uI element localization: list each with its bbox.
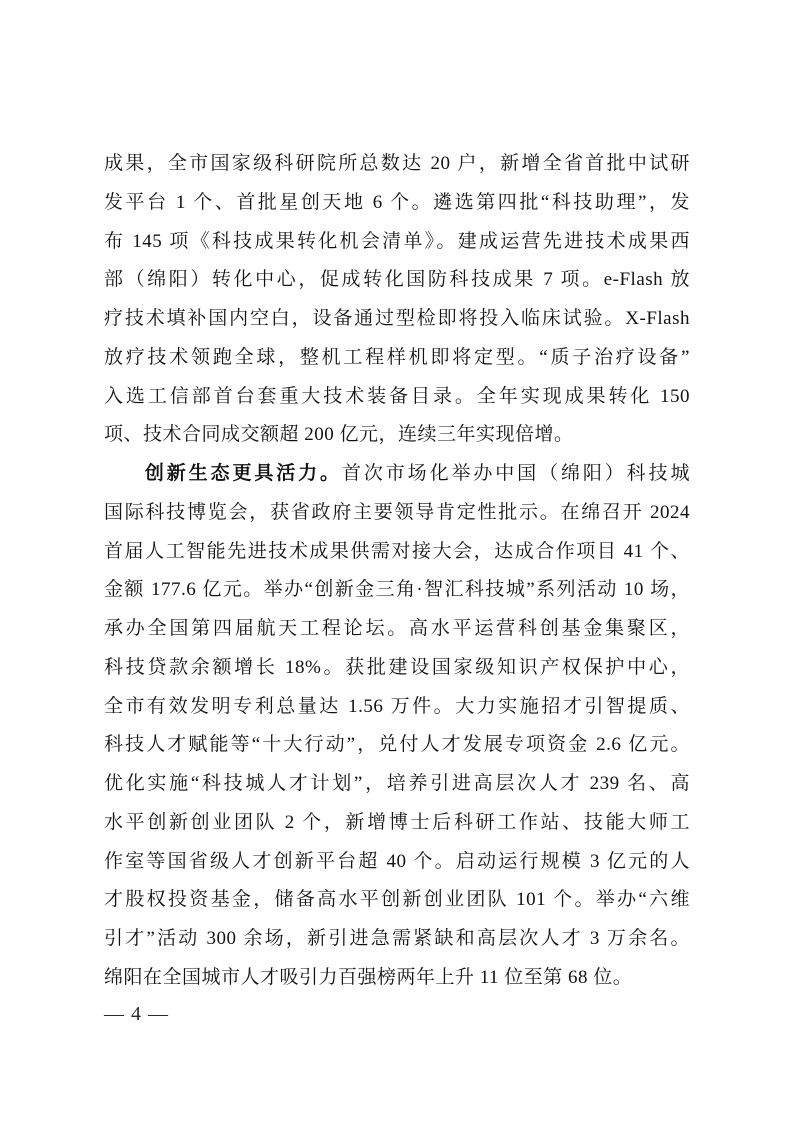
text-line: 疗技术填补国内空白，设备通过型检即将投入临床试验。X-Flash	[104, 300, 690, 339]
text-line: 承办全国第四届航天工程论坛。高水平运营科创基金集聚区，	[104, 610, 690, 649]
text-run: 水平创新创业团队 2 个，新增博士后科研工作站、技能大师工	[104, 812, 690, 833]
text-run: 科技贷款余额增长 18%。获批建设国家级知识产权保护中心，	[104, 657, 690, 678]
text-block: 成果，全市国家级科研院所总数达 20 户，新增全省首批中试研发平台 1 个、首批…	[104, 145, 690, 998]
text-line: 放疗技术领跑全球，整机工程样机即将定型。“质子治疗设备”	[104, 339, 690, 378]
text-line: 金额 177.6 亿元。举办“创新金三角·智汇科技城”系列活动 10 场，	[104, 571, 690, 610]
text-run: 全市有效发明专利总量达 1.56 万件。大力实施招才引智提质、	[104, 696, 690, 717]
text-line: 国际科技博览会，获省政府主要领导肯定性批示。在绵召开 2024	[104, 494, 690, 533]
paragraph-2: 创新生态更具活力。首次市场化举办中国（绵阳）科技城国际科技博览会，获省政府主要领…	[104, 455, 690, 998]
text-line: 发平台 1 个、首批星创天地 6 个。遴选第四批“科技助理”，发	[104, 184, 690, 223]
text-run: 引才”活动 300 余场，新引进急需紧缺和高层次人才 3 万余名。	[104, 928, 690, 949]
text-run: 疗技术填补国内空白，设备通过型检即将投入临床试验。X-Flash	[104, 308, 690, 329]
text-line: 科技贷款余额增长 18%。获批建设国家级知识产权保护中心，	[104, 649, 690, 688]
text-run: 承办全国第四届航天工程论坛。高水平运营科创基金集聚区，	[104, 618, 690, 639]
text-run: 放疗技术领跑全球，整机工程样机即将定型。“质子治疗设备”	[104, 347, 690, 368]
text-line: 绵阳在全国城市人才吸引力百强榜两年上升 11 位至第 68 位。	[104, 959, 690, 998]
text-line: 科技人才赋能等“十大行动”，兑付人才发展专项资金 2.6 亿元。	[104, 726, 690, 765]
text-run: 成果，全市国家级科研院所总数达 20 户，新增全省首批中试研	[104, 153, 690, 174]
text-run: 发平台 1 个、首批星创天地 6 个。遴选第四批“科技助理”，发	[104, 192, 690, 213]
text-run: 布 145 项《科技成果转化机会清单》。建成运营先进技术成果西	[104, 231, 690, 252]
text-run: 国际科技博览会，获省政府主要领导肯定性批示。在绵召开 2024	[104, 502, 690, 523]
text-run: 科技人才赋能等“十大行动”，兑付人才发展专项资金 2.6 亿元。	[104, 734, 690, 755]
paragraph-1: 成果，全市国家级科研院所总数达 20 户，新增全省首批中试研发平台 1 个、首批…	[104, 145, 690, 455]
text-line: 创新生态更具活力。首次市场化举办中国（绵阳）科技城	[104, 455, 690, 494]
text-run: 金额 177.6 亿元。举办“创新金三角·智汇科技城”系列活动 10 场，	[104, 579, 690, 600]
text-line: 入选工信部首台套重大技术装备目录。全年实现成果转化 150	[104, 378, 690, 417]
text-run: 入选工信部首台套重大技术装备目录。全年实现成果转化 150	[104, 386, 690, 407]
text-line: 项、技术合同成交额超 200 亿元，连续三年实现倍增。	[104, 416, 690, 455]
text-line: 引才”活动 300 余场，新引进急需紧缺和高层次人才 3 万余名。	[104, 920, 690, 959]
document-page: 成果，全市国家级科研院所总数达 20 户，新增全省首批中试研发平台 1 个、首批…	[0, 0, 793, 1122]
text-line: 成果，全市国家级科研院所总数达 20 户，新增全省首批中试研	[104, 145, 690, 184]
bold-run: 创新生态更具活力。	[145, 463, 342, 484]
text-run: 部（绵阳）转化中心，促成转化国防科技成果 7 项。e-Flash 放	[104, 269, 690, 290]
text-run: 才股权投资基金，储备高水平创新创业团队 101 个。举办“六维	[104, 889, 690, 910]
text-run: 项、技术合同成交额超 200 亿元，连续三年实现倍增。	[104, 424, 574, 445]
text-line: 全市有效发明专利总量达 1.56 万件。大力实施招才引智提质、	[104, 688, 690, 727]
text-run: 绵阳在全国城市人才吸引力百强榜两年上升 11 位至第 68 位。	[104, 967, 632, 988]
text-line: 才股权投资基金，储备高水平创新创业团队 101 个。举办“六维	[104, 881, 690, 920]
text-line: 水平创新创业团队 2 个，新增博士后科研工作站、技能大师工	[104, 804, 690, 843]
text-run: 首次市场化举办中国（绵阳）科技城	[342, 463, 690, 484]
text-run: 优化实施“科技城人才计划”，培养引进高层次人才 239 名、高	[104, 773, 690, 794]
text-run: 作室等国省级人才创新平台超 40 个。启动运行规模 3 亿元的人	[104, 851, 690, 872]
text-line: 作室等国省级人才创新平台超 40 个。启动运行规模 3 亿元的人	[104, 843, 690, 882]
text-run: 首届人工智能先进技术成果供需对接大会，达成合作项目 41 个、	[104, 541, 690, 562]
text-line: 部（绵阳）转化中心，促成转化国防科技成果 7 项。e-Flash 放	[104, 261, 690, 300]
page-number: — 4 —	[104, 1001, 169, 1027]
text-line: 首届人工智能先进技术成果供需对接大会，达成合作项目 41 个、	[104, 533, 690, 572]
text-line: 布 145 项《科技成果转化机会清单》。建成运营先进技术成果西	[104, 223, 690, 262]
text-line: 优化实施“科技城人才计划”，培养引进高层次人才 239 名、高	[104, 765, 690, 804]
